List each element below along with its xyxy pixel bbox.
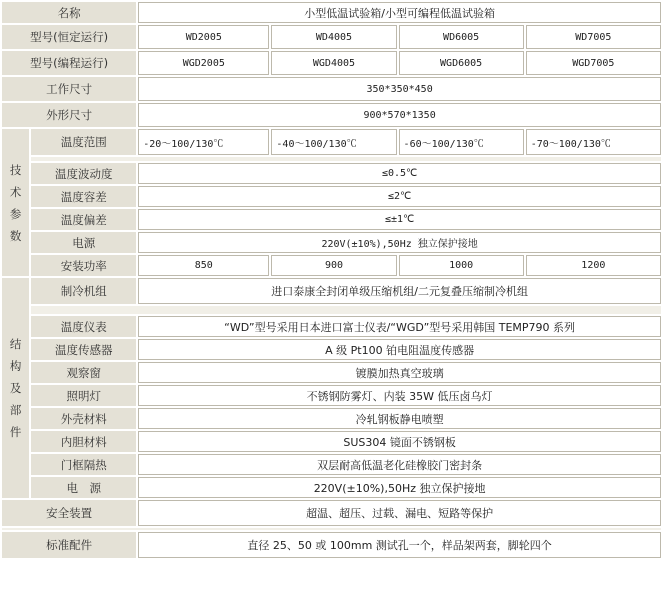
label-light: 照明灯 — [31, 385, 136, 406]
model-program-1: WGD2005 — [138, 51, 269, 75]
spacer — [31, 157, 661, 161]
row-model-program: 型号(编程运行) WGD2005 WGD4005 WGD6005 WGD7005 — [2, 51, 661, 75]
install-power-4: 1200 — [526, 255, 661, 276]
group-char: 件 — [10, 425, 22, 439]
label-door-seal: 门框隔热 — [31, 454, 136, 475]
temp-range-3: -60～100/130℃ — [399, 129, 524, 155]
model-fixed-1: WD2005 — [138, 25, 269, 49]
row-safety: 安全装置 超温、超压、过载、漏电、短路等保护 — [2, 500, 661, 526]
label-temp-dev: 温度偏差 — [31, 209, 136, 230]
group-char: 部 — [10, 403, 22, 417]
label-structure-power: 电 源 — [31, 477, 136, 498]
row-work-size: 工作尺寸 350*350*450 — [2, 77, 661, 101]
value-accessories: 直径 25、50 或 100mm 测试孔一个，样品架两套，脚轮四个 — [138, 532, 661, 558]
label-refrig: 制冷机组 — [31, 278, 136, 304]
label-safety: 安全装置 — [2, 500, 136, 526]
value-structure-power: 220V(±10%),50Hz 独立保护接地 — [138, 477, 661, 498]
value-light: 不锈钢防雾灯、内装 35W 低压卤乌灯 — [138, 385, 661, 406]
row-accessories: 标准配件 直径 25、50 或 100mm 测试孔一个，样品架两套，脚轮四个 — [2, 532, 661, 558]
label-install-power: 安装功率 — [31, 255, 136, 276]
label-temp-tol: 温度容差 — [31, 186, 136, 207]
group-char: 术 — [10, 185, 22, 199]
row-liner: 内胆材料 SUS304 镜面不锈钢板 — [2, 431, 661, 452]
model-fixed-3: WD6005 — [399, 25, 524, 49]
spacer — [31, 306, 661, 314]
label-model-program: 型号(编程运行) — [2, 51, 136, 75]
label-sensor: 温度传感器 — [31, 339, 136, 360]
label-work-size: 工作尺寸 — [2, 77, 136, 101]
row-light: 照明灯 不锈钢防雾灯、内装 35W 低压卤乌灯 — [2, 385, 661, 406]
spacer — [2, 528, 661, 530]
model-program-4: WGD7005 — [526, 51, 661, 75]
group-char: 结 — [10, 337, 22, 351]
group-char: 构 — [10, 359, 22, 373]
group-char: 技 — [10, 163, 22, 177]
label-temp-range: 温度范围 — [31, 129, 136, 155]
temp-range-2: -40～100/130℃ — [271, 129, 396, 155]
spec-table: 名称 小型低温试验箱/小型可编程低温试验箱 型号(恒定运行) WD2005 WD… — [0, 0, 663, 560]
row-instrument: 温度仪表 “WD”型号采用日本进口富士仪表/“WGD”型号采用韩国 TEMP79… — [2, 316, 661, 337]
value-temp-dev: ≤±1℃ — [138, 209, 661, 230]
value-safety: 超温、超压、过载、漏电、短路等保护 — [138, 500, 661, 526]
value-name: 小型低温试验箱/小型可编程低温试验箱 — [138, 2, 661, 23]
row-model-fixed: 型号(恒定运行) WD2005 WD4005 WD6005 WD7005 — [2, 25, 661, 49]
group-char: 参 — [10, 207, 22, 221]
row-outer-size: 外形尺寸 900*570*1350 — [2, 103, 661, 127]
temp-range-4: -70～100/130℃ — [526, 129, 661, 155]
group-char: 数 — [10, 229, 22, 243]
group-tech-params: 技 术 参 数 — [2, 129, 29, 276]
label-accessories: 标准配件 — [2, 532, 136, 558]
row-door-seal: 门框隔热 双层耐高低温老化硅橡胶门密封条 — [2, 454, 661, 475]
label-instrument: 温度仪表 — [31, 316, 136, 337]
label-liner: 内胆材料 — [31, 431, 136, 452]
value-refrig: 进口泰康全封闭单级压缩机组/二元复叠压缩制冷机组 — [138, 278, 661, 304]
value-instrument: “WD”型号采用日本进口富士仪表/“WGD”型号采用韩国 TEMP790 系列 — [138, 316, 661, 337]
value-liner: SUS304 镜面不锈钢板 — [138, 431, 661, 452]
install-power-1: 850 — [138, 255, 269, 276]
value-outer-size: 900*570*1350 — [138, 103, 661, 127]
group-char: 及 — [10, 381, 22, 395]
value-temp-tol: ≤2℃ — [138, 186, 661, 207]
label-model-fixed: 型号(恒定运行) — [2, 25, 136, 49]
row-acc-gap — [2, 528, 661, 530]
value-door-seal: 双层耐高低温老化硅橡胶门密封条 — [138, 454, 661, 475]
row-sensor: 温度传感器 A 级 Pt100 铂电阻温度传感器 — [2, 339, 661, 360]
row-temp-dev: 温度偏差 ≤±1℃ — [2, 209, 661, 230]
temp-range-1: -20～100/130℃ — [138, 129, 269, 155]
value-work-size: 350*350*450 — [138, 77, 661, 101]
row-refrig: 结 构 及 部 件 制冷机组 进口泰康全封闭单级压缩机组/二元复叠压缩制冷机组 — [2, 278, 661, 304]
row-window: 观察窗 镀膜加热真空玻璃 — [2, 362, 661, 383]
row-install-power: 安装功率 850 900 1000 1200 — [2, 255, 661, 276]
model-fixed-2: WD4005 — [271, 25, 396, 49]
label-power: 电源 — [31, 232, 136, 253]
label-shell: 外壳材料 — [31, 408, 136, 429]
row-temp-fluct: 温度波动度 ≤0.5℃ — [2, 163, 661, 184]
value-power: 220V(±10%),50Hz 独立保护接地 — [138, 232, 661, 253]
row-shell: 外壳材料 冷轧钢板静电喷塑 — [2, 408, 661, 429]
label-outer-size: 外形尺寸 — [2, 103, 136, 127]
row-temp-gap — [2, 157, 661, 161]
install-power-2: 900 — [271, 255, 396, 276]
label-window: 观察窗 — [31, 362, 136, 383]
group-structure: 结 构 及 部 件 — [2, 278, 29, 498]
value-sensor: A 级 Pt100 铂电阻温度传感器 — [138, 339, 661, 360]
model-fixed-4: WD7005 — [526, 25, 661, 49]
row-temp-tol: 温度容差 ≤2℃ — [2, 186, 661, 207]
label-name: 名称 — [2, 2, 136, 23]
install-power-3: 1000 — [399, 255, 524, 276]
row-name: 名称 小型低温试验箱/小型可编程低温试验箱 — [2, 2, 661, 23]
value-shell: 冷轧钢板静电喷塑 — [138, 408, 661, 429]
row-refrig-gap — [2, 306, 661, 314]
value-window: 镀膜加热真空玻璃 — [138, 362, 661, 383]
model-program-3: WGD6005 — [399, 51, 524, 75]
model-program-2: WGD4005 — [271, 51, 396, 75]
value-temp-fluct: ≤0.5℃ — [138, 163, 661, 184]
row-temp-range: 技 术 参 数 温度范围 -20～100/130℃ -40～100/130℃ -… — [2, 129, 661, 155]
label-temp-fluct: 温度波动度 — [31, 163, 136, 184]
row-structure-power: 电 源 220V(±10%),50Hz 独立保护接地 — [2, 477, 661, 498]
row-power: 电源 220V(±10%),50Hz 独立保护接地 — [2, 232, 661, 253]
